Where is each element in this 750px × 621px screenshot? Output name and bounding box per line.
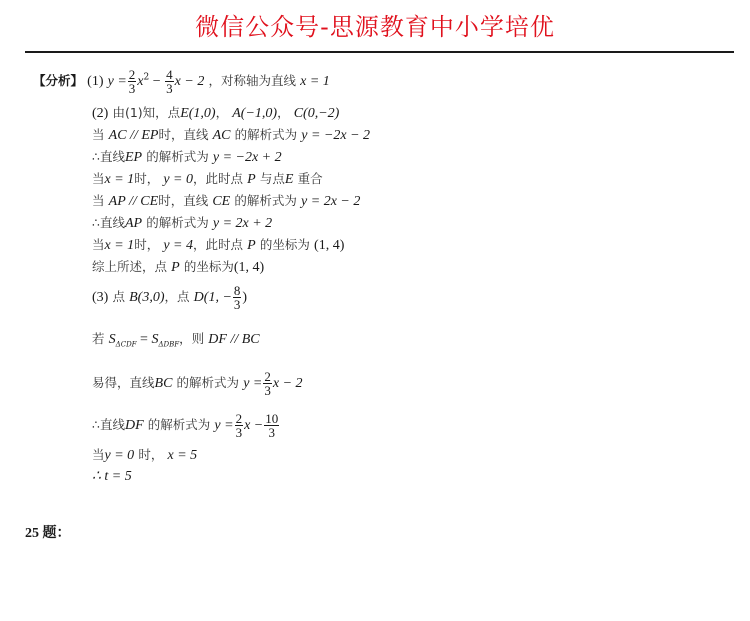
analysis-label: 【分析】 bbox=[33, 73, 83, 88]
fraction: 83 bbox=[233, 284, 242, 311]
fraction: 43 bbox=[165, 68, 174, 95]
part3-line-3: 易得，直线BC 的解析式为 y =23x − 2 bbox=[92, 370, 303, 397]
page-header-title: 微信公众号-思源教育中小学培优 bbox=[0, 12, 750, 42]
part3-line-5: 当y = 0 时， x = 5 bbox=[92, 446, 197, 465]
part3-line-1: (3) 点 B(3,0)，点 D(1, −83) bbox=[92, 284, 247, 311]
part2-line-4: 当x = 1时， y = 0，此时点 P 与点E 重合 bbox=[92, 170, 323, 189]
fraction: 23 bbox=[235, 412, 244, 439]
header-divider bbox=[25, 51, 734, 53]
part3-line-6: ∴ t = 5 bbox=[92, 468, 132, 486]
part2-line-7: 当x = 1时， y = 4，此时点 P 的坐标为 (1, 4) bbox=[92, 236, 344, 255]
part2-line-6: ∴直线AP 的解析式为 y = 2x + 2 bbox=[92, 214, 272, 233]
part-number: (1) bbox=[87, 74, 103, 89]
fraction: 23 bbox=[263, 370, 272, 397]
analysis-part1: 【分析】 (1) y =23x2 − 43x − 2 ，对称轴为直线 x = 1 bbox=[33, 68, 330, 95]
fraction: 103 bbox=[264, 412, 279, 439]
part2-line-2: 当 AC // EP时，直线 AC 的解析式为 y = −2x − 2 bbox=[92, 126, 370, 145]
symmetry-axis: x = 1 bbox=[300, 74, 330, 89]
part2-line-5: 当 AP // CE时，直线 CE 的解析式为 y = 2x − 2 bbox=[92, 192, 360, 211]
fraction: 23 bbox=[128, 68, 137, 95]
equation-lhs: y = bbox=[108, 74, 127, 89]
part2-line-3: ∴直线EP 的解析式为 y = −2x + 2 bbox=[92, 148, 282, 167]
part2-line-8: 综上所述，点 P 的坐标为(1, 4) bbox=[92, 258, 264, 277]
part2-line-1: (2) 由(1)知，点E(1,0)， A(−1,0)， C(0,−2) bbox=[92, 104, 339, 123]
part3-line-4: ∴直线DF 的解析式为 y =23x −103 bbox=[92, 412, 280, 439]
part3-line-2: 若 SΔCDF = SΔDBF，则 DF // BC bbox=[92, 330, 260, 354]
next-question-label: 25 题： bbox=[25, 522, 71, 542]
